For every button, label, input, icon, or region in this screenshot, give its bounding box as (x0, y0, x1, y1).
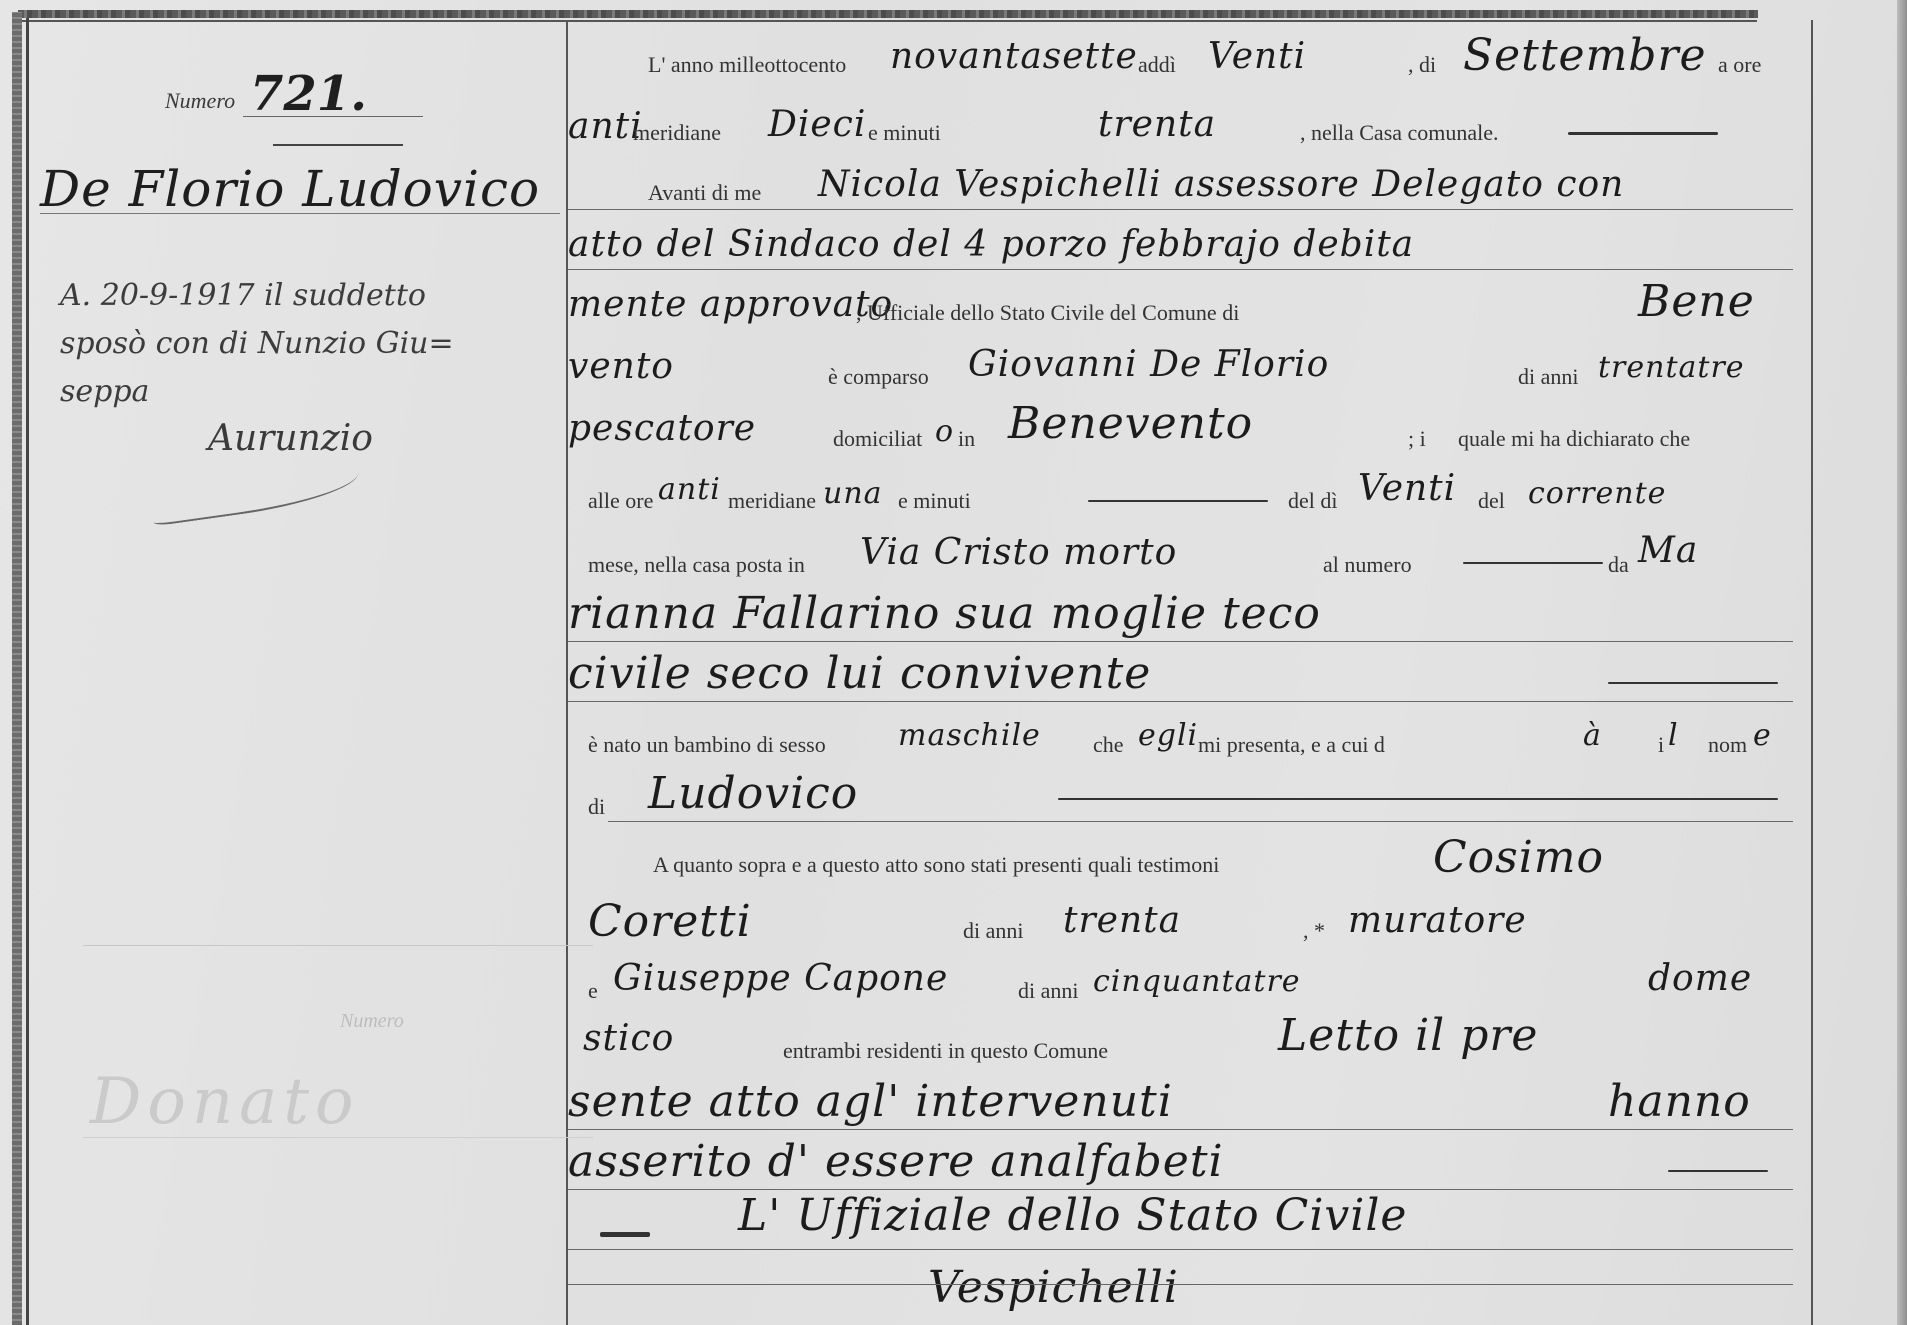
printed-text: in (958, 426, 975, 452)
fill-flourish (1058, 798, 1778, 800)
printed-text: L' anno milleottocento (648, 52, 846, 78)
line-20: L' Uffiziale dello Stato Civile (568, 1190, 1811, 1250)
witness2-occupation: dome (1648, 958, 1752, 999)
mother-name: rianna Fallarino sua moglie teco (568, 588, 1321, 639)
officer-signature: Vespichelli (928, 1262, 1179, 1313)
line-1: L' anno milleottocento novantasette addì… (568, 34, 1811, 94)
signature-flourish (148, 456, 362, 527)
printed-text: e minuti (898, 488, 971, 514)
officer-title: L' Uffiziale dello Stato Civile (738, 1190, 1407, 1241)
printed-text: nom (1708, 732, 1747, 758)
witness1-surname: Coretti (588, 896, 752, 947)
line-6: vento è comparso Giovanni De Florio di a… (568, 332, 1811, 392)
line-5: mente approvato , Ufficiale dello Stato … (568, 270, 1811, 330)
page-edge (1897, 0, 1907, 1325)
annotation-signature: Aurunzio (208, 418, 373, 459)
gender-suffix: o (935, 414, 954, 449)
closing-text: asserito d' essere analfabeti (568, 1136, 1224, 1187)
printed-text: e minuti (868, 120, 941, 146)
declarant-age: trentatre (1598, 350, 1745, 385)
closing-text: hanno (1608, 1076, 1751, 1127)
ghost-rule (83, 945, 593, 946)
address-field: Via Cristo morto (860, 532, 1177, 573)
line-3: Avanti di me Nicola Vespichelli assessor… (568, 150, 1811, 210)
signature-rule (568, 1284, 1793, 1285)
annotation-line: seppa (60, 368, 580, 416)
day-field: Venti (1208, 36, 1306, 77)
fill-flourish (1463, 562, 1603, 564)
hour-field: Dieci (768, 104, 866, 145)
line-15: Coretti di anni trenta , * muratore (568, 890, 1811, 950)
printed-text: di anni (1518, 364, 1579, 390)
year-field: novantasette (890, 36, 1138, 77)
line-11: civile seco lui convivente (568, 642, 1811, 702)
officer-field: Nicola Vespichelli assessore Delegato co… (818, 164, 1624, 205)
birth-day: Venti (1358, 468, 1456, 509)
printed-text: entrambi residenti in questo Comune (783, 1038, 1108, 1064)
printed-text: e (588, 978, 598, 1004)
printed-text: mese, nella casa posta in (588, 552, 805, 578)
printed-text: ; i (1408, 426, 1426, 452)
line-17: stico entrambi residenti in questo Comun… (568, 1008, 1811, 1068)
binding-bar (12, 12, 22, 1325)
witness2-occupation: stico (583, 1018, 674, 1059)
delegation-field: atto del Sindaco del 4 porzo febbrajo de… (568, 224, 1414, 265)
fill-flourish (1668, 1170, 1768, 1172)
ghost-numero-label: Numero (340, 1010, 404, 1033)
comune-field: vento (568, 346, 674, 387)
line-16: e Giuseppe Capone di anni cinquantatre d… (568, 948, 1811, 1008)
closing-text: sente atto agl' intervenuti (568, 1076, 1173, 1127)
annotation-line: sposò con di Nunzio Giu= (60, 320, 580, 368)
sex-field: maschile (898, 718, 1041, 753)
printed-text: , nella Casa comunale. (1300, 120, 1499, 146)
marriage-annotation: A. 20-9-1917 il suddetto sposò con di Nu… (60, 272, 580, 416)
printed-text: è comparso (828, 364, 929, 390)
printed-text: meridiane (728, 488, 816, 514)
numero-label: Numero (165, 88, 235, 114)
line-8: alle ore anti meridiane una e minuti del… (568, 458, 1811, 518)
witness2-name: Giuseppe Capone (613, 958, 948, 999)
printed-text: del (1478, 488, 1505, 514)
ghost-rule (83, 1137, 593, 1138)
witness1-occupation: muratore (1348, 900, 1527, 941)
numero-flourish (273, 144, 403, 146)
witness1-first-name: Cosimo (1433, 832, 1604, 883)
right-margin-rule (1811, 20, 1813, 1325)
printed-text: , * (1303, 918, 1325, 944)
line-4: atto del Sindaco del 4 porzo febbrajo de… (568, 210, 1811, 270)
rule (568, 1249, 1793, 1250)
fill-flourish (1608, 682, 1778, 684)
line-7: pescatore domiciliat o in Benevento ; i … (568, 396, 1811, 456)
printed-text: è nato un bambino di sesso (588, 732, 826, 758)
printed-text: da (1608, 552, 1629, 578)
line-9: mese, nella casa posta in Via Cristo mor… (568, 522, 1811, 582)
printed-text: i (1658, 732, 1664, 758)
numero-underline (243, 116, 423, 117)
printed-text: alle ore (588, 488, 653, 514)
comune-field: Bene (1638, 276, 1755, 327)
printed-text: mi presenta, e a cui d (1198, 732, 1385, 758)
residence-field: Benevento (1008, 398, 1253, 449)
birth-month: corrente (1528, 476, 1666, 511)
printed-text: , di (1408, 52, 1436, 78)
witness2-age: cinquantatre (1093, 964, 1301, 999)
ante-field: anti (658, 472, 721, 507)
printed-text: domiciliat (833, 426, 922, 452)
line-14: A quanto sopra e a questo atto sono stat… (568, 832, 1811, 892)
record-body: L' anno milleottocento novantasette addì… (568, 0, 1811, 1325)
annotation-line: A. 20-9-1917 il suddetto (60, 272, 580, 320)
line-12: è nato un bambino di sesso maschile che … (568, 702, 1811, 762)
mother-name: Ma (1638, 530, 1698, 571)
printed-text: A quanto sopra e a questo atto sono stat… (653, 852, 1219, 878)
birth-hour: una (823, 476, 883, 511)
printed-text: di anni (1018, 978, 1079, 1004)
printed-text: quale mi ha dichiarato che (1458, 426, 1690, 452)
printed-text: meridiane (633, 120, 721, 146)
noun-suffix: e (1753, 718, 1772, 753)
line-19: asserito d' essere analfabeti (568, 1130, 1811, 1190)
line-18: sente atto agl' intervenuti hanno (568, 1070, 1811, 1130)
article-suffix: l (1668, 718, 1679, 753)
mother-status: civile seco lui convivente (568, 648, 1151, 699)
numero-value: 721. (250, 66, 367, 122)
closing-text: Letto il pre (1278, 1010, 1538, 1061)
register-page: Numero 721. De Florio Ludovico A. 20-9-1… (0, 0, 1907, 1325)
printed-text: addì (1138, 52, 1176, 78)
name-rule (40, 213, 560, 214)
printed-text: di anni (963, 918, 1024, 944)
printed-text: , Ufficiale dello Stato Civile del Comun… (856, 300, 1239, 326)
line-10: rianna Fallarino sua moglie teco (568, 582, 1811, 642)
ante-field: anti (568, 106, 643, 147)
child-name: Ludovico (648, 768, 858, 819)
rule (608, 821, 1793, 822)
delegation-field: mente approvato (568, 284, 893, 325)
declarant-name: Giovanni De Florio (968, 344, 1329, 385)
minutes-field: trenta (1098, 104, 1216, 145)
presenter-field: egli (1138, 718, 1198, 753)
printed-text: a ore (1718, 52, 1761, 78)
margin-column: Numero 721. De Florio Ludovico A. 20-9-1… (40, 0, 560, 1325)
line-2: anti meridiane Dieci e minuti trenta , n… (568, 92, 1811, 152)
month-field: Settembre (1463, 30, 1707, 81)
witness1-age: trenta (1063, 900, 1181, 941)
printed-text: Avanti di me (648, 180, 761, 206)
printed-text: del dì (1288, 488, 1338, 514)
declarant-occupation: pescatore (568, 408, 756, 449)
printed-text: che (1093, 732, 1124, 758)
fill-flourish (1568, 132, 1718, 135)
binding-rule (26, 18, 29, 1325)
fill-flourish (1088, 500, 1268, 502)
printed-text: al numero (1323, 552, 1412, 578)
fill-flourish (600, 1232, 650, 1237)
line-13: di Ludovico (568, 762, 1811, 822)
ghost-name: Donato (90, 1065, 359, 1139)
registrant-name: De Florio Ludovico (40, 160, 540, 218)
printed-text: di (588, 794, 605, 820)
verb-suffix: à (1583, 718, 1602, 753)
